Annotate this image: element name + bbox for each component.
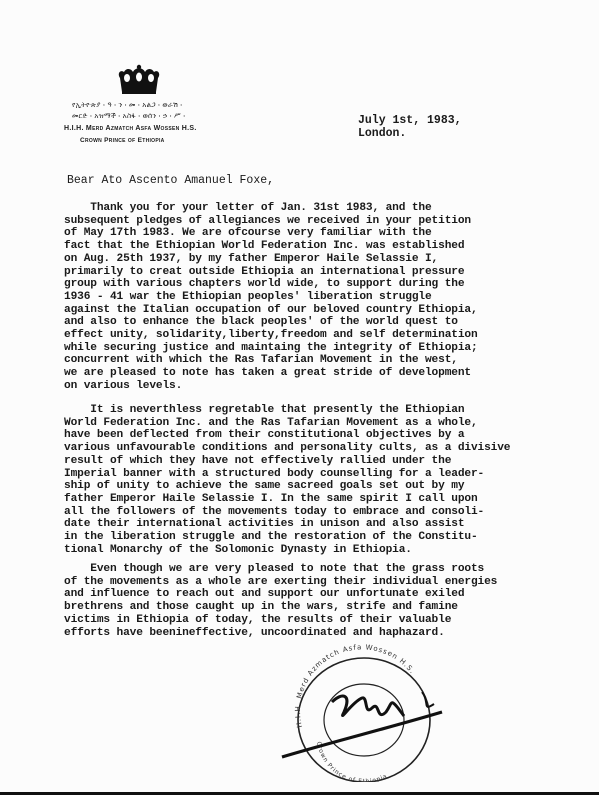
text-line: group with various chapters world wide, … (64, 278, 478, 291)
letterhead-amharic-line2: መርድ ፡ አዝማች ፡ አስፋ ፡ ወሰን ፡ ኃ ፡ ሥ ፡ (60, 111, 260, 122)
text-line: victims in Ethiopia of today, the result… (64, 614, 497, 627)
text-line: Thank you for your letter of Jan. 31st 1… (64, 202, 478, 215)
letterhead-amharic-line1: የኢትዮጵያ ፡ ዓ ፡ ን ፡ መ ፡ አልጋ ፡ ወራሽ ፡ (60, 100, 260, 111)
text-line: It is neverthless regretable that presen… (64, 404, 510, 417)
letter-page: የኢትዮጵያ ፡ ዓ ፡ ን ፡ መ ፡ አልጋ ፡ ወራሽ ፡ መርድ ፡ አ… (0, 0, 599, 792)
text-line: World Federation Inc. and the Ras Tafari… (64, 417, 510, 430)
text-line: Even though we are very pleased to note … (64, 563, 497, 576)
crown-icon (114, 64, 164, 96)
signature-icon (282, 692, 442, 757)
text-line: concurrent with which the Ras Tafarian M… (64, 354, 478, 367)
text-line: subsequent pledges of allegiances we rec… (64, 215, 478, 228)
letterhead: የኢትዮጵያ ፡ ዓ ፡ ን ፡ መ ፡ አልጋ ፡ ወራሽ ፡ መርድ ፡ አ… (60, 100, 260, 144)
text-line: we are pleased to note has taken a great… (64, 367, 478, 380)
letterhead-title: Crown Prince of Ethiopia (60, 137, 260, 144)
text-line: on various levels. (64, 380, 478, 393)
paragraph-3: Even though we are very pleased to note … (64, 563, 497, 639)
text-line: effect unity, solidarity,liberty,freedom… (64, 329, 478, 342)
text-line: result of which they have not effectivel… (64, 455, 510, 468)
stamp-inner-text: Crown Prince of Ethiopia (315, 741, 389, 782)
text-line: ship of unity to achieve the same sacree… (64, 480, 510, 493)
text-line: of May 17th 1983. We are ofcourse very f… (64, 227, 478, 240)
place-line: London. (358, 127, 462, 140)
paragraph-1: Thank you for your letter of Jan. 31st 1… (64, 202, 478, 393)
salutation: Bear Ato Ascento Amanuel Foxe, (67, 174, 274, 187)
text-line: primarily to creat outside Ethiopia an i… (64, 266, 478, 279)
text-line: father Emperor Haile Selassie I. In the … (64, 493, 510, 506)
text-line: on Aug. 25th 1937, by my father Emperor … (64, 253, 478, 266)
text-line: of the movements as a whole are exerting… (64, 576, 497, 589)
letterhead-name: H.I.H. Merd Azmatch Asfa Wossen H.S. (60, 125, 260, 132)
text-line: and influence to reach out and support o… (64, 588, 497, 601)
text-line: various unfavourable conditions and pers… (64, 442, 510, 455)
text-line: date their international activities in u… (64, 518, 510, 531)
svg-text:Crown Prince of Ethiopia: Crown Prince of Ethiopia (315, 741, 389, 782)
text-line: all the followers of the movements today… (64, 506, 510, 519)
text-line: against the Italian occupation of our be… (64, 304, 478, 317)
date-block: July 1st, 1983, London. (358, 114, 462, 140)
svg-text:H.I.H. Merd Azmatch Asfa Wosse: H.I.H. Merd Azmatch Asfa Wossen H.S. (294, 643, 417, 728)
text-line: fact that the Ethiopian World Federation… (64, 240, 478, 253)
stamp-outer-text: H.I.H. Merd Azmatch Asfa Wossen H.S. (294, 643, 417, 728)
paragraph-2: It is neverthless regretable that presen… (64, 404, 510, 556)
date-line: July 1st, 1983, (358, 114, 462, 127)
text-line: have been deflected from their constitut… (64, 429, 510, 442)
text-line: 1936 - 41 war the Ethiopian peoples' lib… (64, 291, 478, 304)
text-line: Imperial banner with a structured body c… (64, 468, 510, 481)
seal-stamp: H.I.H. Merd Azmatch Asfa Wossen H.S. Cro… (272, 632, 462, 782)
text-line: and also to enhance the black peoples' o… (64, 316, 478, 329)
text-line: brethrens and those caught up in the war… (64, 601, 497, 614)
text-line: while securing justice and maintaing the… (64, 342, 478, 355)
text-line: in the liberation struggle and the resto… (64, 531, 510, 544)
text-line: tional Monarchy of the Solomonic Dynasty… (64, 544, 510, 557)
